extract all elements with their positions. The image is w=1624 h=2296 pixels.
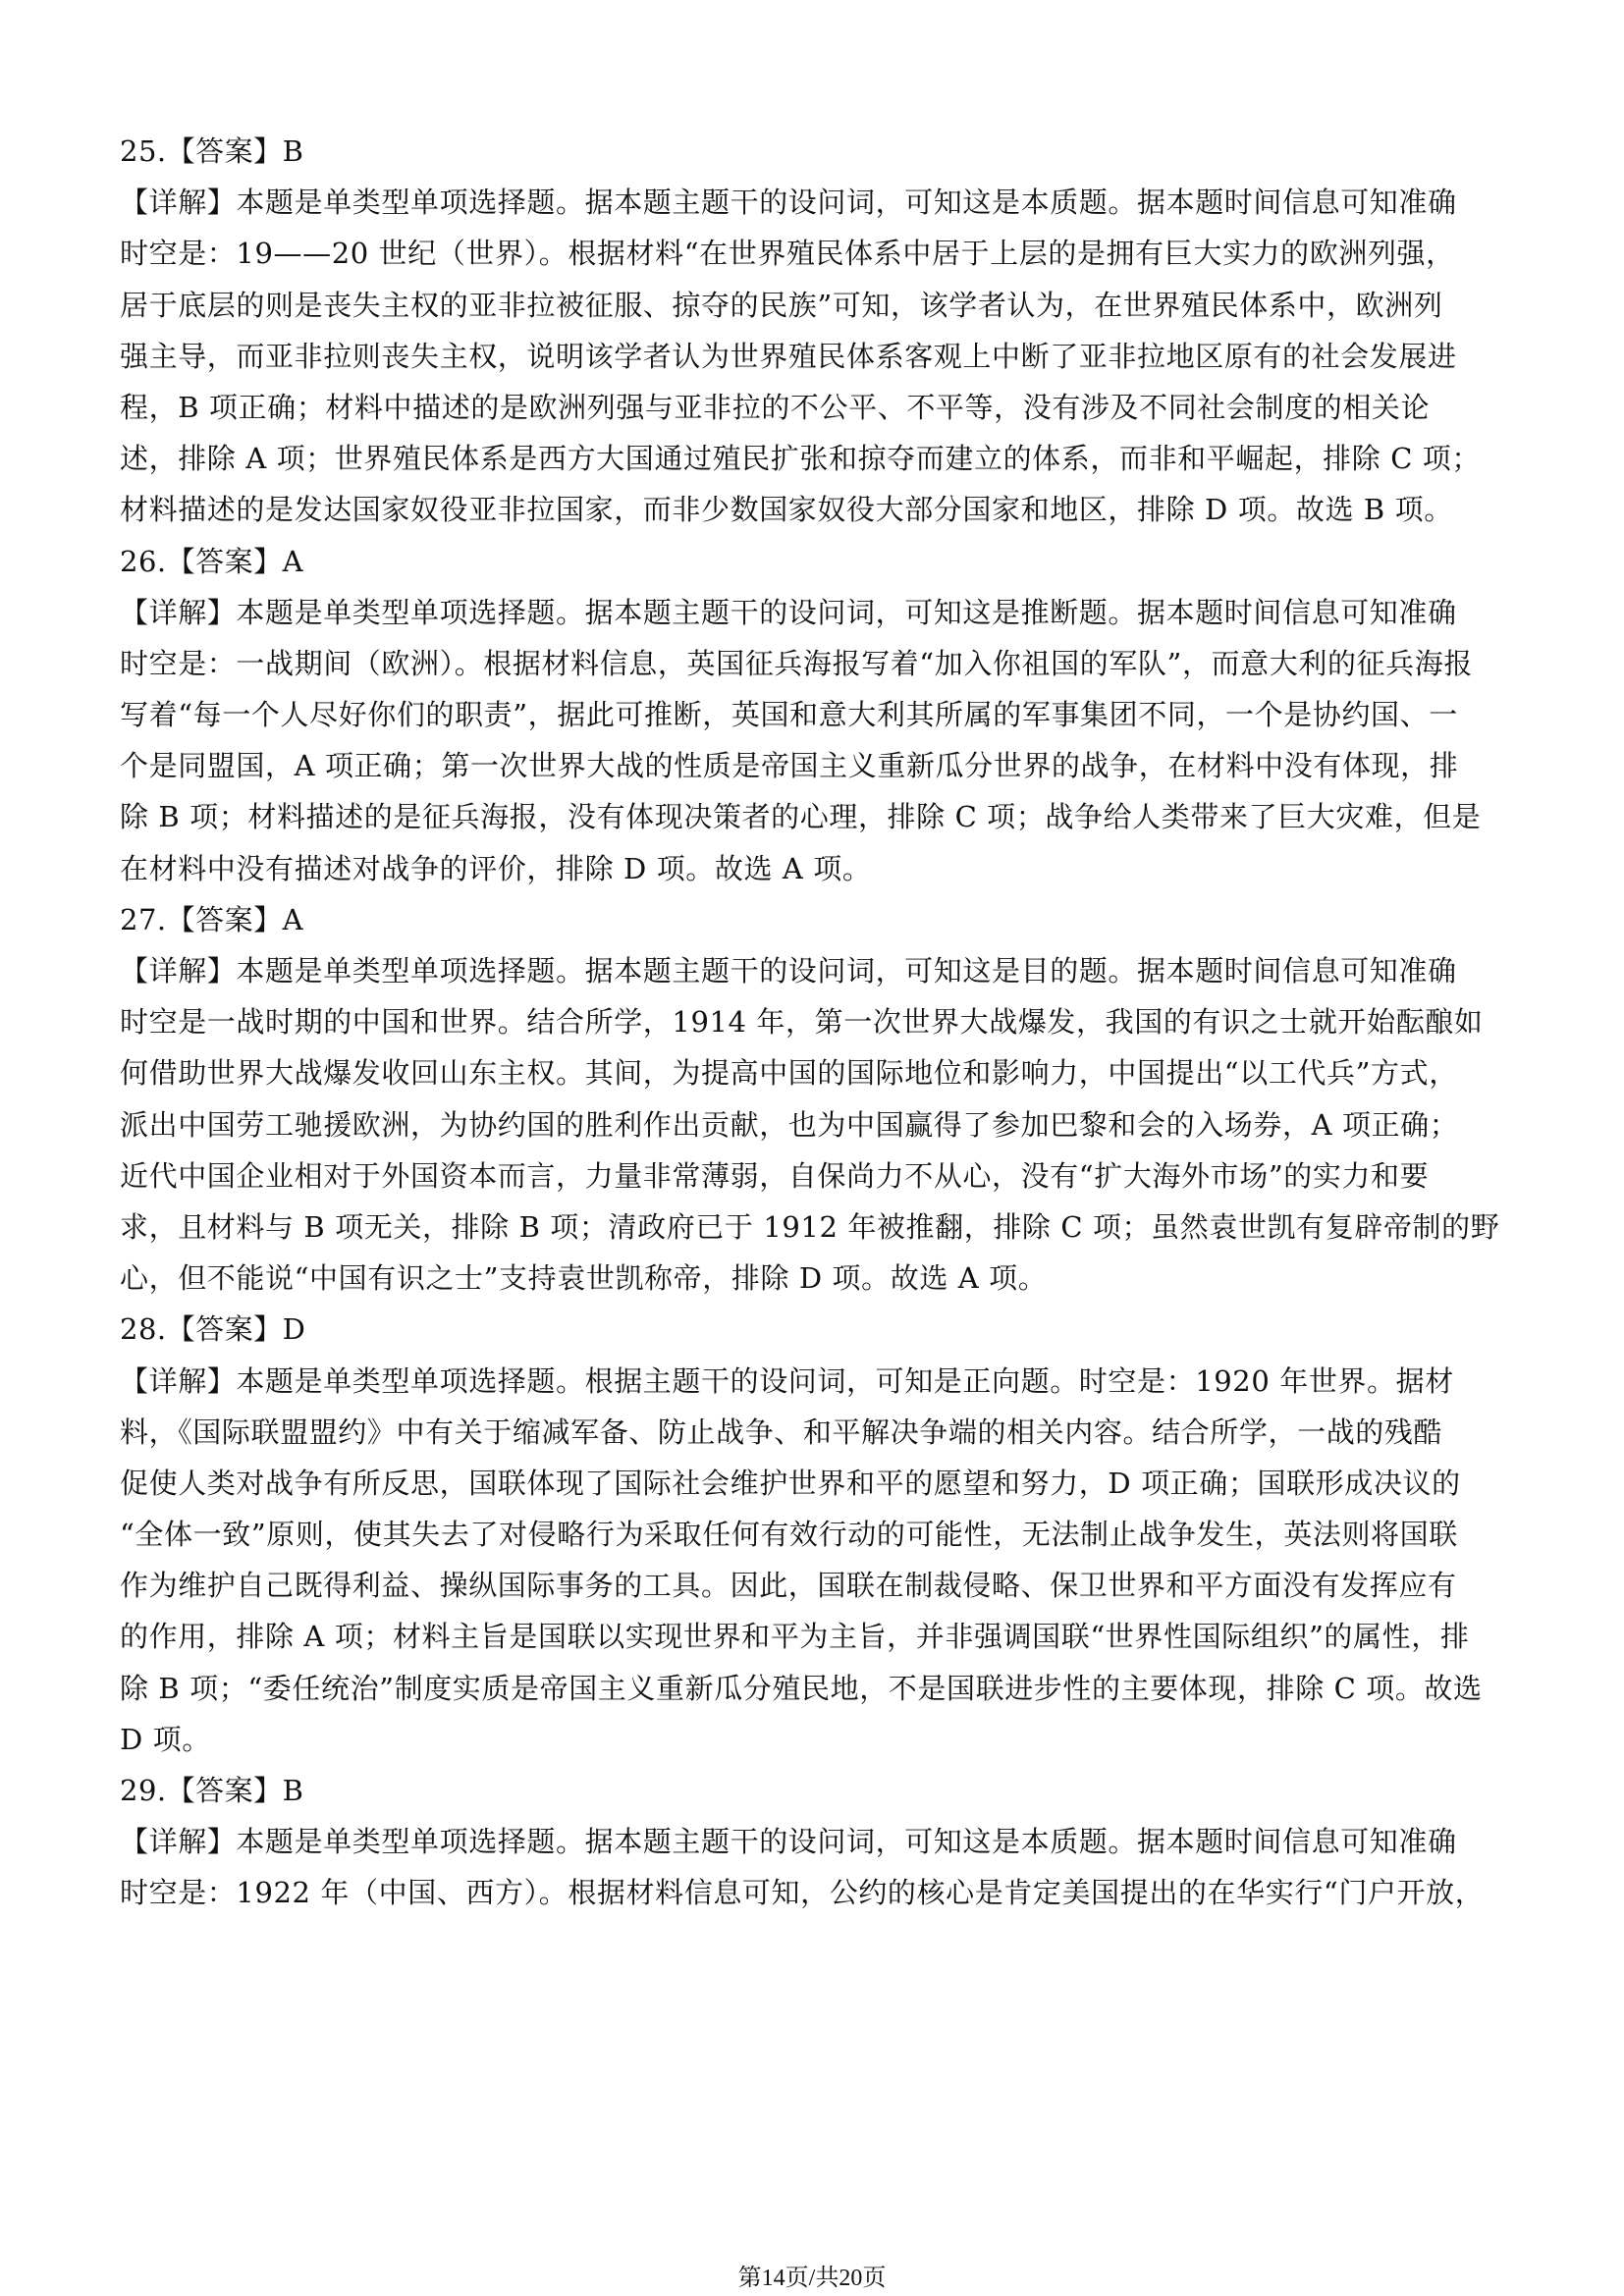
explanation-line: 述，排除 A 项；世界殖民体系是西方大国通过殖民扩张和掠夺而建立的体系，而非和平… — [120, 433, 1475, 484]
answer-heading-27: 27.【答案】A — [120, 894, 1475, 945]
explanation-line: 居于底层的则是丧失主权的亚非拉被征服、掠夺的民族”可知，该学者认为，在世界殖民体… — [120, 280, 1475, 331]
page-number-footer: 第14页/共20页 — [0, 2264, 1624, 2293]
explanation-line: 求，且材料与 B 项无关，排除 B 项；清政府已于 1912 年被推翻，排除 C… — [120, 1201, 1475, 1253]
explanation-line: 时空是：一战期间（欧洲）。根据材料信息，英国征兵海报写着“加入你祖国的军队”，而… — [120, 638, 1475, 689]
explanation-line: 何借助世界大战爆发收回山东主权。其间，为提高中国的国际地位和影响力，中国提出“以… — [120, 1047, 1475, 1098]
explanation-line: 促使人类对战争有所反思，国联体现了国际社会维护世界和平的愿望和努力，D 项正确；… — [120, 1458, 1475, 1509]
answer-heading-26: 26.【答案】A — [120, 536, 1475, 587]
explanation-line: 时空是：1922 年（中国、西方）。根据材料信息可知，公约的核心是肯定美国提出的… — [120, 1867, 1475, 1918]
explanation-line: 近代中国企业相对于外国资本而言，力量非常薄弱，自保尚力不从心，没有“扩大海外市场… — [120, 1150, 1475, 1201]
explanation-line: 【详解】本题是单类型单项选择题。根据主题干的设问词，可知是正向题。时空是：192… — [120, 1356, 1475, 1407]
explanation-line: 料，《国际联盟盟约》中有关于缩减军备、防止战争、和平解决争端的相关内容。结合所学… — [120, 1407, 1475, 1458]
explanation-line: 个是同盟国，A 项正确；第一次世界大战的性质是帝国主义重新瓜分世界的战争，在材料… — [120, 740, 1475, 791]
explanation-line: 【详解】本题是单类型单项选择题。据本题主题干的设问词，可知这是本质题。据本题时间… — [120, 177, 1475, 228]
explanation-line: 时空是一战时期的中国和世界。结合所学，1914 年，第一次世界大战爆发，我国的有… — [120, 996, 1475, 1047]
answer-heading-29: 29.【答案】B — [120, 1765, 1475, 1816]
explanation-line: 作为维护自己既得利益、操纵国际事务的工具。因此，国联在制裁侵略、保卫世界和平方面… — [120, 1560, 1475, 1611]
answer-heading-25: 25.【答案】B — [120, 126, 1475, 177]
explanation-line: 除 B 项；材料描述的是征兵海报，没有体现决策者的心理，排除 C 项；战争给人类… — [120, 791, 1475, 842]
answer-heading-28: 28.【答案】D — [120, 1304, 1475, 1355]
explanation-line: 【详解】本题是单类型单项选择题。据本题主题干的设问词，可知这是目的题。据本题时间… — [120, 945, 1475, 996]
document-page: 25.【答案】B 【详解】本题是单类型单项选择题。据本题主题干的设问词，可知这是… — [0, 0, 1624, 2296]
explanation-line: 时空是：19——20 世纪（世界）。根据材料“在世界殖民体系中居于上层的是拥有巨… — [120, 228, 1475, 279]
answer-explanations: 25.【答案】B 【详解】本题是单类型单项选择题。据本题主题干的设问词，可知这是… — [120, 126, 1475, 1919]
explanation-line: 强主导，而亚非拉则丧失主权，说明该学者认为世界殖民体系客观上中断了亚非拉地区原有… — [120, 331, 1475, 382]
explanation-line: 的作用，排除 A 项；材料主旨是国联以实现世界和平为主旨，并非强调国联“世界性国… — [120, 1611, 1475, 1662]
explanation-line: 在材料中没有描述对战争的评价，排除 D 项。故选 A 项。 — [120, 843, 1475, 894]
explanation-line: 派出中国劳工驰援欧洲，为协约国的胜利作出贡献，也为中国赢得了参加巴黎和会的入场券… — [120, 1099, 1475, 1150]
explanation-line: 【详解】本题是单类型单项选择题。据本题主题干的设问词，可知这是推断题。据本题时间… — [120, 587, 1475, 638]
explanation-line: 除 B 项；“委任统治”制度实质是帝国主义重新瓜分殖民地，不是国联进步性的主要体… — [120, 1663, 1475, 1714]
explanation-line: D 项。 — [120, 1714, 1475, 1765]
explanation-line: 【详解】本题是单类型单项选择题。据本题主题干的设问词，可知这是本质题。据本题时间… — [120, 1816, 1475, 1867]
explanation-line: 程，B 项正确；材料中描述的是欧洲列强与亚非拉的不公平、不平等，没有涉及不同社会… — [120, 382, 1475, 433]
explanation-line: 心，但不能说“中国有识之士”支持袁世凯称帝，排除 D 项。故选 A 项。 — [120, 1253, 1475, 1304]
explanation-line: 材料描述的是发达国家奴役亚非拉国家，而非少数国家奴役大部分国家和地区，排除 D … — [120, 484, 1475, 535]
explanation-line: “全体一致”原则，使其失去了对侵略行为采取任何有效行动的可能性，无法制止战争发生… — [120, 1509, 1475, 1560]
explanation-line: 写着“每一个人尽好你们的职责”，据此可推断，英国和意大利其所属的军事集团不同，一… — [120, 689, 1475, 740]
